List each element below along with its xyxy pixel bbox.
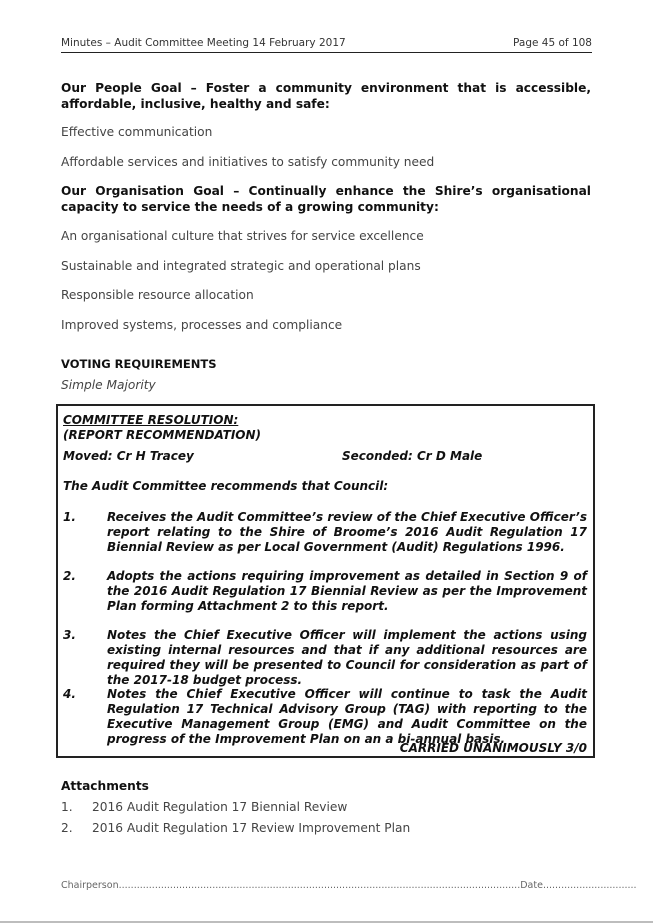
organisation-goal-item: Responsible resource allocation <box>61 287 591 303</box>
attachments-heading: Attachments <box>61 779 591 793</box>
resolution-item: 4. Notes the Chief Executive Officer wil… <box>63 687 587 747</box>
attachment-number: 2. <box>61 821 92 835</box>
date-dots: ............................... <box>543 880 637 891</box>
attachment-number: 1. <box>61 800 92 814</box>
organisation-goal-item: Sustainable and integrated strategic and… <box>61 258 591 274</box>
item-text: Receives the Audit Committee’s review of… <box>107 510 587 555</box>
resolution-subtitle: (REPORT RECOMMENDATION) <box>63 428 588 443</box>
resolution-item: 3. Notes the Chief Executive Officer wil… <box>63 628 587 688</box>
page-header: Minutes – Audit Committee Meeting 14 Feb… <box>61 36 592 53</box>
chairperson-label: Chairperson <box>61 880 119 891</box>
carried-status: CARRIED UNANIMOUSLY 3/0 <box>400 741 587 755</box>
item-number: 1. <box>63 510 76 525</box>
resolution-intro: The Audit Committee recommends that Coun… <box>63 479 588 494</box>
people-goal-item: Effective communication <box>61 124 591 140</box>
item-text: Notes the Chief Executive Officer will c… <box>107 687 587 747</box>
attachment-link[interactable]: 2016 Audit Regulation 17 Biennial Review <box>92 800 347 814</box>
page-number: Page 45 of 108 <box>513 37 592 49</box>
date-label: Date <box>520 880 543 891</box>
organisation-goal-item: An organisational culture that strives f… <box>61 228 591 244</box>
people-goal-heading: Our People Goal – Foster a community env… <box>61 80 591 112</box>
attachment-link[interactable]: 2016 Audit Regulation 17 Review Improvem… <box>92 821 410 835</box>
item-number: 3. <box>63 628 76 643</box>
voting-requirements-heading: VOTING REQUIREMENTS <box>61 357 591 371</box>
item-number: 2. <box>63 569 76 584</box>
organisation-goal-heading: Our Organisation Goal – Continually enha… <box>61 183 591 215</box>
document-page: Minutes – Audit Committee Meeting 14 Feb… <box>0 0 653 921</box>
item-number: 4. <box>63 687 76 702</box>
organisation-goal-item: Improved systems, processes and complian… <box>61 317 591 333</box>
committee-resolution-box: COMMITTEE RESOLUTION: (REPORT RECOMMENDA… <box>56 404 595 758</box>
item-text: Adopts the actions requiring improvement… <box>107 569 587 614</box>
item-text: Notes the Chief Executive Officer will i… <box>107 628 587 688</box>
header-title: Minutes – Audit Committee Meeting 14 Feb… <box>61 37 346 49</box>
resolution-title: COMMITTEE RESOLUTION: <box>63 413 588 428</box>
people-goal-item: Affordable services and initiatives to s… <box>61 154 591 170</box>
seconded-by: Seconded: Cr D Male <box>342 449 588 464</box>
resolution-item: 2. Adopts the actions requiring improvem… <box>63 569 587 614</box>
chairperson-dots: ........................................… <box>119 880 521 891</box>
signature-line: Chairperson.............................… <box>61 880 637 891</box>
resolution-item: 1. Receives the Audit Committee’s review… <box>63 510 587 555</box>
voting-requirements-value: Simple Majority <box>61 378 591 392</box>
attachment-item: 2.2016 Audit Regulation 17 Review Improv… <box>61 821 591 835</box>
attachment-item: 1.2016 Audit Regulation 17 Biennial Revi… <box>61 800 591 814</box>
